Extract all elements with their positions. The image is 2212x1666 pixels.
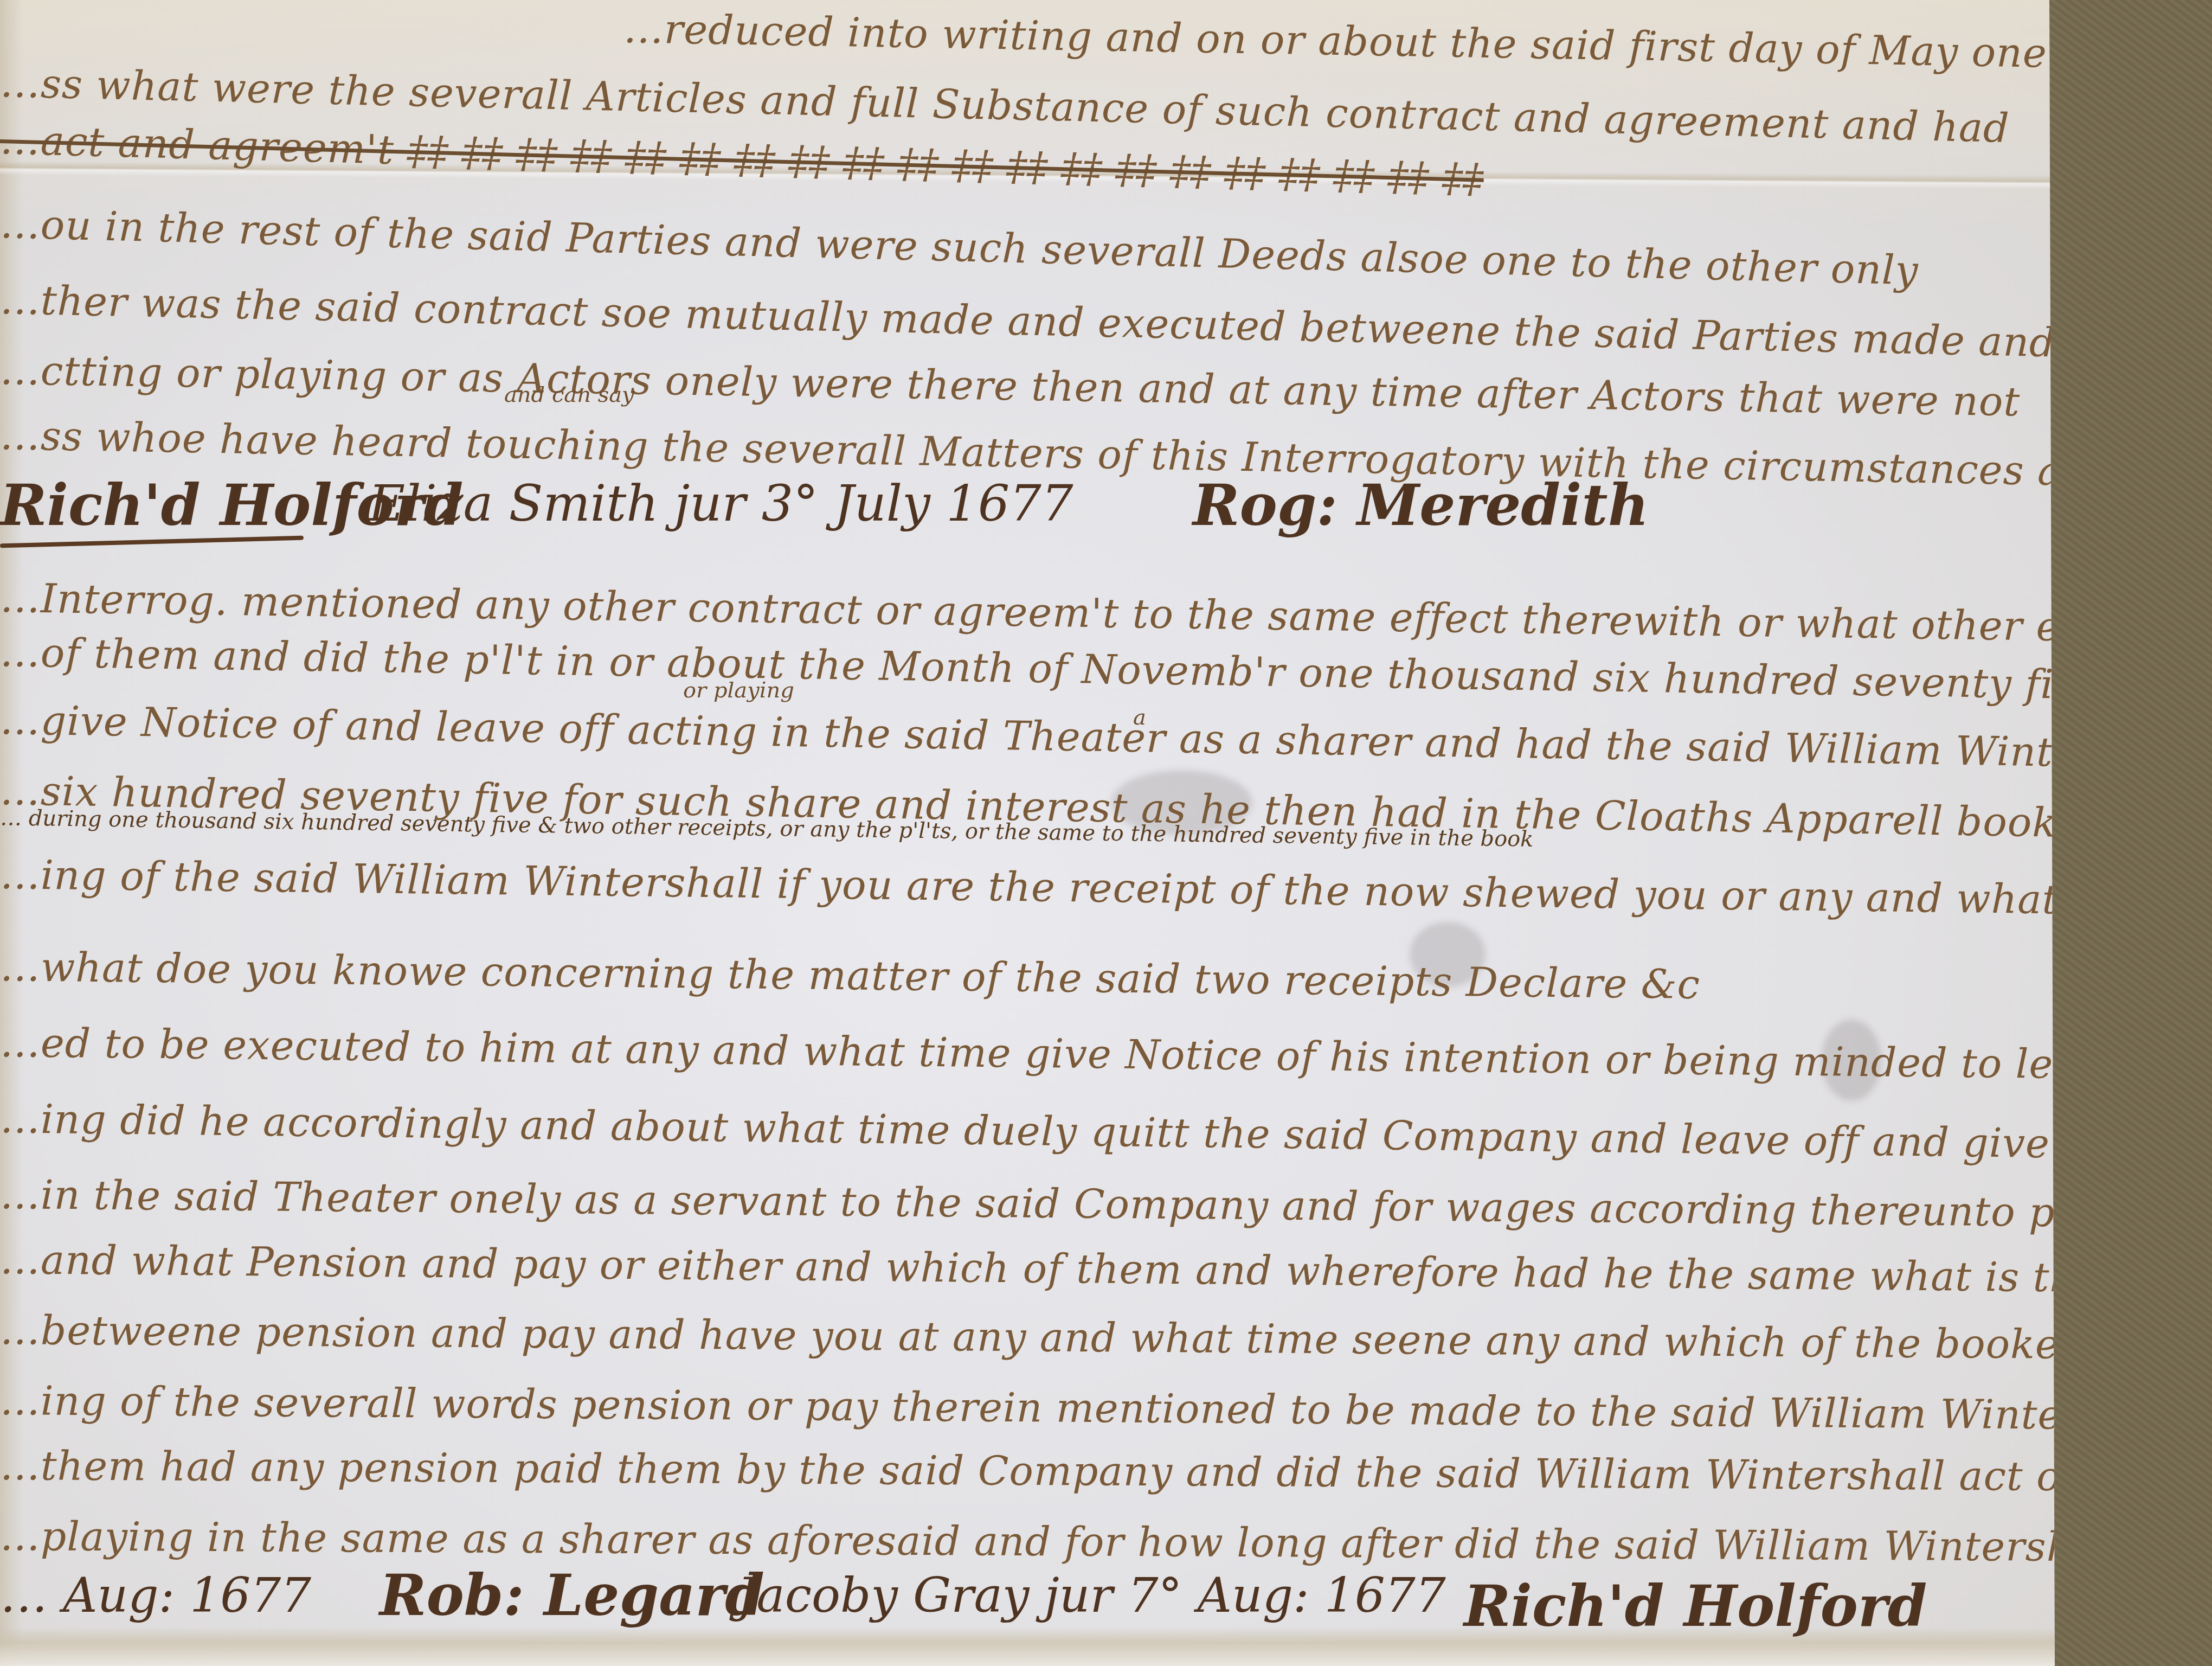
text-line: …ou in the rest of the said Parties and …	[0, 201, 1919, 294]
manuscript-sheet: …reduced into writing and on or about th…	[0, 0, 2055, 1666]
text-line: …in the said Theater onely as a servant …	[0, 1171, 2212, 1238]
interlineation: and can say	[504, 382, 634, 407]
text-line: …them had any pension paid them by the s…	[0, 1443, 2182, 1501]
interlineation: or playing	[683, 678, 794, 703]
signature-legard: Rob: Legard	[380, 1562, 764, 1629]
text-line: …ing of the said William Wintershall if …	[0, 851, 2059, 923]
text-line: …betweene pension and pay and have you a…	[0, 1307, 2134, 1368]
text-line: …reduced into writing and on or about th…	[623, 5, 2212, 81]
signature-holford-2: Rich'd Holford	[1464, 1573, 1927, 1639]
text-line: …playing in the same as a sharer as afor…	[0, 1513, 2124, 1571]
text-line: …ing did he accordingly and about what t…	[0, 1095, 2212, 1170]
signature-meredith: Rog: Meredith	[1193, 472, 1649, 539]
jurat-eliza-smith: Eliza Smith jur 3° July 1677	[369, 475, 1073, 533]
jurat-jacoby-gray: Jacoby Gray jur 7° Aug: 1677	[737, 1567, 1446, 1623]
text-line: …ing of the severall words pension or pa…	[0, 1377, 2181, 1439]
jurat-date: … Aug: 1677	[0, 1567, 311, 1623]
text-line: …give Notice of and leave off acting in …	[0, 697, 2196, 778]
text-line: …and what Pension and pay or either and …	[0, 1236, 2100, 1302]
